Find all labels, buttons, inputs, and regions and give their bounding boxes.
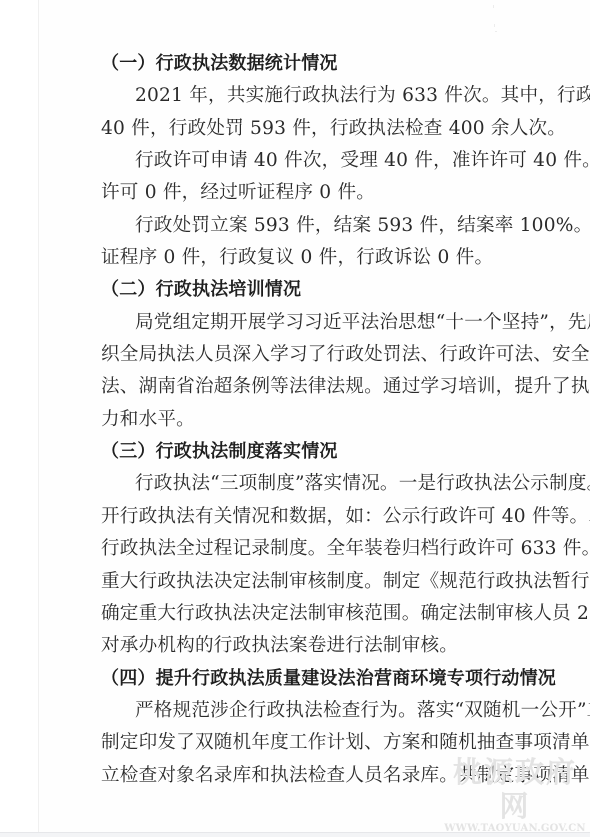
text-line: 许可 0 件，经过听证程序 0 件。 bbox=[67, 177, 530, 209]
section-heading-1: （一）行政执法数据统计情况 bbox=[67, 48, 530, 80]
section-heading-3: （三）行政执法制度落实情况 bbox=[67, 436, 530, 468]
document-viewport: （一）行政执法数据统计情况 2021 年，共实施行政执法行为 633 件次。其中… bbox=[0, 0, 590, 837]
page-bottom-edge bbox=[0, 832, 590, 837]
text-line: 开行政执法有关情况和数据，如：公示行政许可 40 件等。二是 bbox=[67, 501, 530, 533]
text-line: 局党组定期开展学习习近平法治思想“十一个坚持”，先后组 bbox=[67, 307, 530, 339]
text-line: 40 件，行政处罚 593 件，行政执法检查 400 余人次。 bbox=[67, 113, 530, 145]
section-heading-2: （二）行政执法培训情况 bbox=[67, 274, 530, 306]
text-line: 力和水平。 bbox=[67, 404, 530, 436]
text-line: 对承办机构的行政执法案卷进行法制审核。 bbox=[67, 630, 530, 662]
text-line: 行政执法全过程记录制度。全年装卷归档行政许可 633 件。三是 bbox=[67, 533, 530, 565]
section-heading-4: （四）提升行政执法质量建设法治营商环境专项行动情况 bbox=[67, 663, 530, 695]
text-line: 行政许可申请 40 件次，受理 40 件，准许许可 40 件。撤销 bbox=[67, 145, 530, 177]
text-line: 证程序 0 件，行政复议 0 件，行政诉讼 0 件。 bbox=[67, 242, 530, 274]
document-body: （一）行政执法数据统计情况 2021 年，共实施行政执法行为 633 件次。其中… bbox=[67, 48, 530, 792]
paragraph: 行政许可申请 40 件次，受理 40 件，准许许可 40 件。撤销 许可 0 件… bbox=[67, 145, 530, 210]
text-line: 法、湖南省治超条例等法律法规。通过学习培训，提升了执法能 bbox=[67, 371, 530, 403]
paragraph: 局党组定期开展学习习近平法治思想“十一个坚持”，先后组 织全局执法人员深入学习了… bbox=[67, 307, 530, 436]
scan-speck bbox=[494, 24, 495, 27]
text-line: 2021 年，共实施行政执法行为 633 件次。其中，行政许可 bbox=[67, 80, 530, 112]
paragraph: 2021 年，共实施行政执法行为 633 件次。其中，行政许可 40 件，行政处… bbox=[67, 80, 530, 145]
text-line: 重大行政执法决定法制审核制度。制定《规范行政执法暂行规定》 bbox=[67, 566, 530, 598]
paragraph: 严格规范涉企行政执法检查行为。落实“双随机一公开”工作， 制定印发了双随机年度工… bbox=[67, 695, 530, 792]
scan-speck bbox=[493, 5, 494, 8]
text-line: 确定重大行政执法决定法制审核范围。确定法制审核人员 2 名， bbox=[67, 598, 530, 630]
text-line: 行政执法“三项制度”落实情况。一是行政执法公示制度。公 bbox=[67, 468, 530, 500]
text-line: 制定印发了双随机年度工作计划、方案和随机抽查事项清单，建 bbox=[67, 727, 530, 759]
paragraph: 行政执法“三项制度”落实情况。一是行政执法公示制度。公 开行政执法有关情况和数据… bbox=[67, 468, 530, 662]
text-line: 行政处罚立案 593 件，结案 593 件，结案率 100%。经过听 bbox=[67, 210, 530, 242]
text-line: 织全局执法人员深入学习了行政处罚法、行政许可法、安全生产 bbox=[67, 339, 530, 371]
text-line: 严格规范涉企行政执法检查行为。落实“双随机一公开”工作， bbox=[67, 695, 530, 727]
scanned-page: （一）行政执法数据统计情况 2021 年，共实施行政执法行为 633 件次。其中… bbox=[38, 0, 590, 832]
text-line: 立检查对象名录库和执法检查人员名录库。共制定事项清单总数 bbox=[67, 760, 530, 792]
scan-speck bbox=[495, 31, 497, 32]
paragraph: 行政处罚立案 593 件，结案 593 件，结案率 100%。经过听 证程序 0… bbox=[67, 210, 530, 275]
